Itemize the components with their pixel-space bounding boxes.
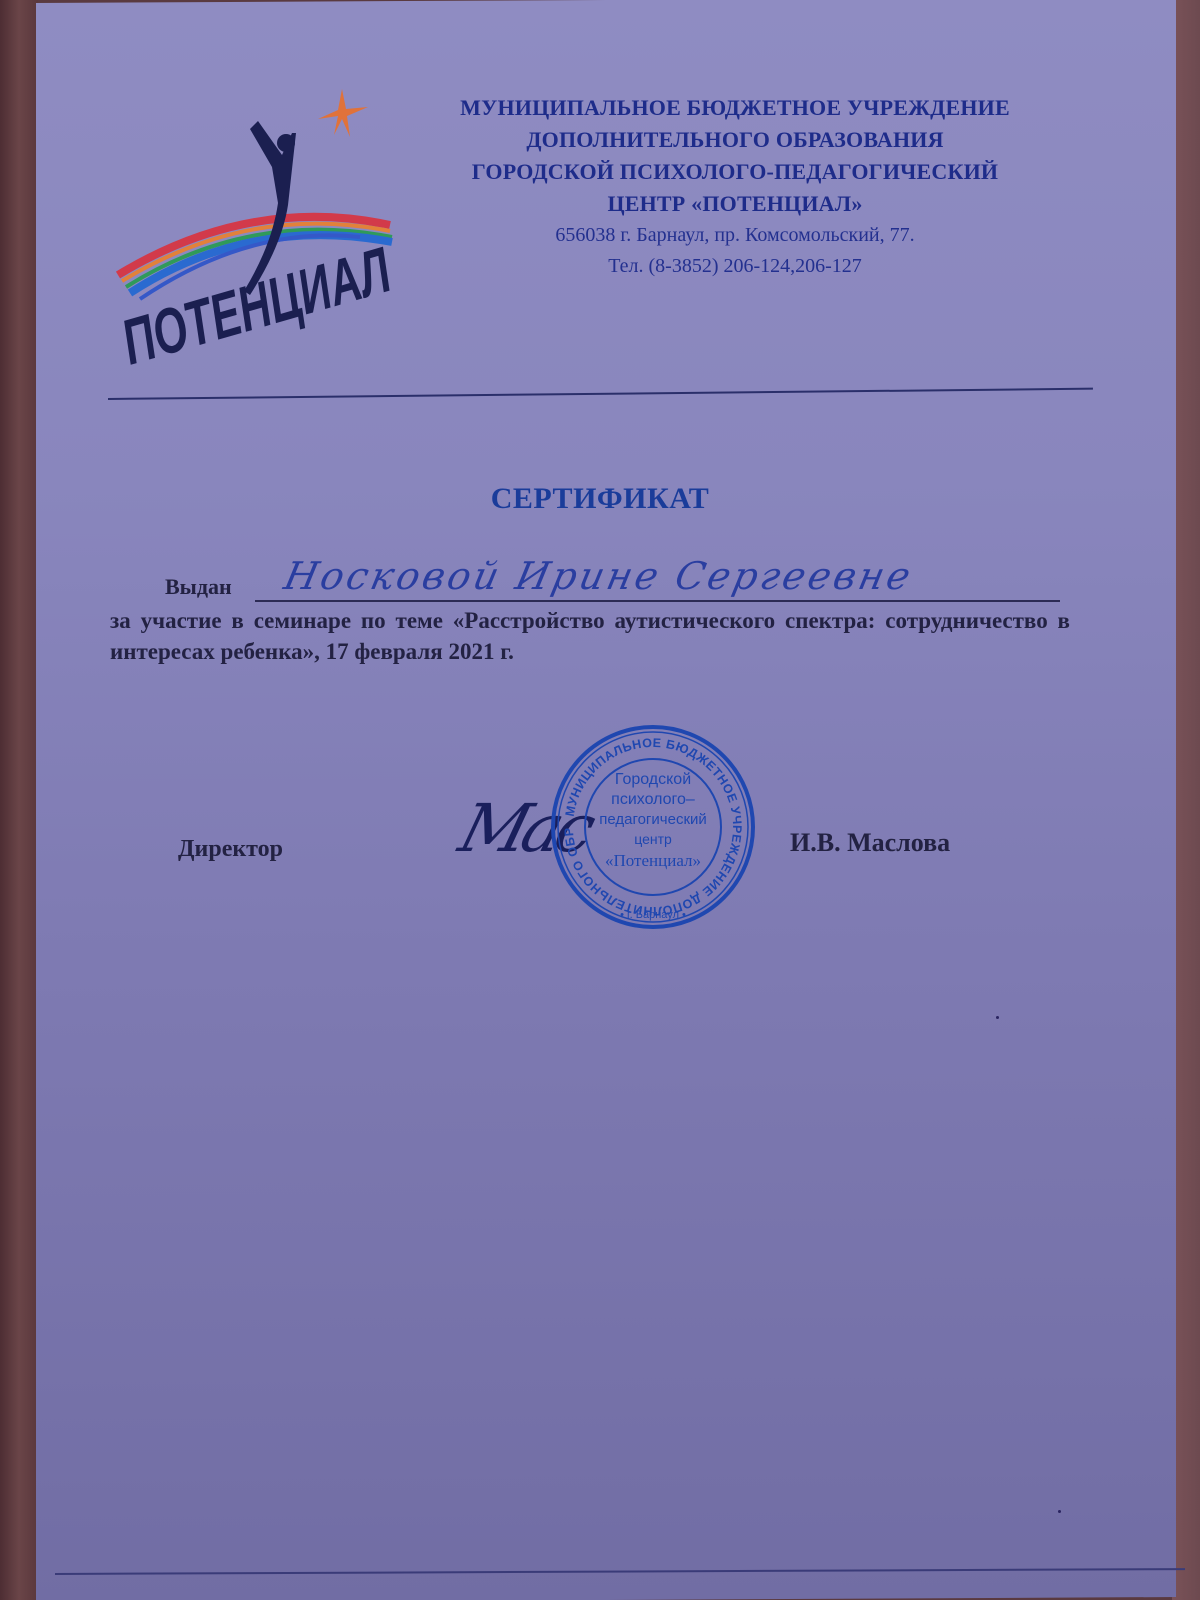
- institution-header: МУНИЦИПАЛЬНОЕ БЮДЖЕТНОЕ УЧРЕЖДЕНИЕ ДОПОЛ…: [405, 92, 1065, 282]
- certificate-title: СЕРТИФИКАТ: [0, 482, 1200, 516]
- org-name-line-4: ЦЕНТР «ПОТЕНЦИАЛ»: [405, 188, 1065, 220]
- stamp-seal-icon: МУНИЦИПАЛЬНОЕ БЮДЖЕТНОЕ УЧРЕЖДЕНИЕ ДОПОЛ…: [548, 722, 758, 932]
- svg-text:педагогический: педагогический: [599, 811, 707, 828]
- issued-label: Выдан: [165, 574, 232, 600]
- paper-speck: [996, 1016, 999, 1019]
- issued-to-row: Выдан Носковой Ирине Сергеевне: [165, 560, 1065, 600]
- wooden-surface-right: [1172, 0, 1200, 1600]
- phone: Тел. (8-3852) 206-124,206-127: [405, 251, 1065, 282]
- paper-speck: [1058, 1510, 1061, 1513]
- issued-underline: [255, 600, 1060, 602]
- seminar-date: , 17 февраля 2021 г.: [314, 639, 514, 664]
- director-name: И.В. Маслова: [790, 828, 950, 858]
- svg-text:Городской: Городской: [615, 771, 691, 788]
- potential-logo: ПОТЕНЦИАЛ: [100, 85, 410, 385]
- address: 656038 г. Барнаул, пр. Комсомольский, 77…: [405, 220, 1065, 251]
- recipient-name-handwritten: Носковой Ирине Сергеевне: [280, 554, 917, 598]
- svg-text:«Потенциал»: «Потенциал»: [605, 851, 701, 870]
- svg-text:психолого–: психолого–: [611, 791, 695, 808]
- wooden-surface-left: [0, 0, 38, 1600]
- org-name-line-3: ГОРОДСКОЙ ПСИХОЛОГО-ПЕДАГОГИЧЕСКИЙ: [405, 156, 1065, 188]
- body-prefix: за участие в семинаре по теме: [110, 608, 453, 633]
- org-name-line-1: МУНИЦИПАЛЬНОЕ БЮДЖЕТНОЕ УЧРЕЖДЕНИЕ: [405, 92, 1065, 124]
- svg-text:• г. Барнаул •: • г. Барнаул •: [620, 909, 686, 921]
- org-name-line-2: ДОПОЛНИТЕЛЬНОГО ОБРАЗОВАНИЯ: [405, 124, 1065, 156]
- official-stamp: МУНИЦИПАЛЬНОЕ БЮДЖЕТНОЕ УЧРЕЖДЕНИЕ ДОПОЛ…: [548, 722, 758, 932]
- director-label: Директор: [178, 836, 283, 863]
- svg-text:центр: центр: [634, 831, 672, 847]
- gymnast-rainbow-star-icon: ПОТЕНЦИАЛ: [100, 85, 410, 385]
- certificate-body: за участие в семинаре по теме «Расстройс…: [110, 605, 1070, 667]
